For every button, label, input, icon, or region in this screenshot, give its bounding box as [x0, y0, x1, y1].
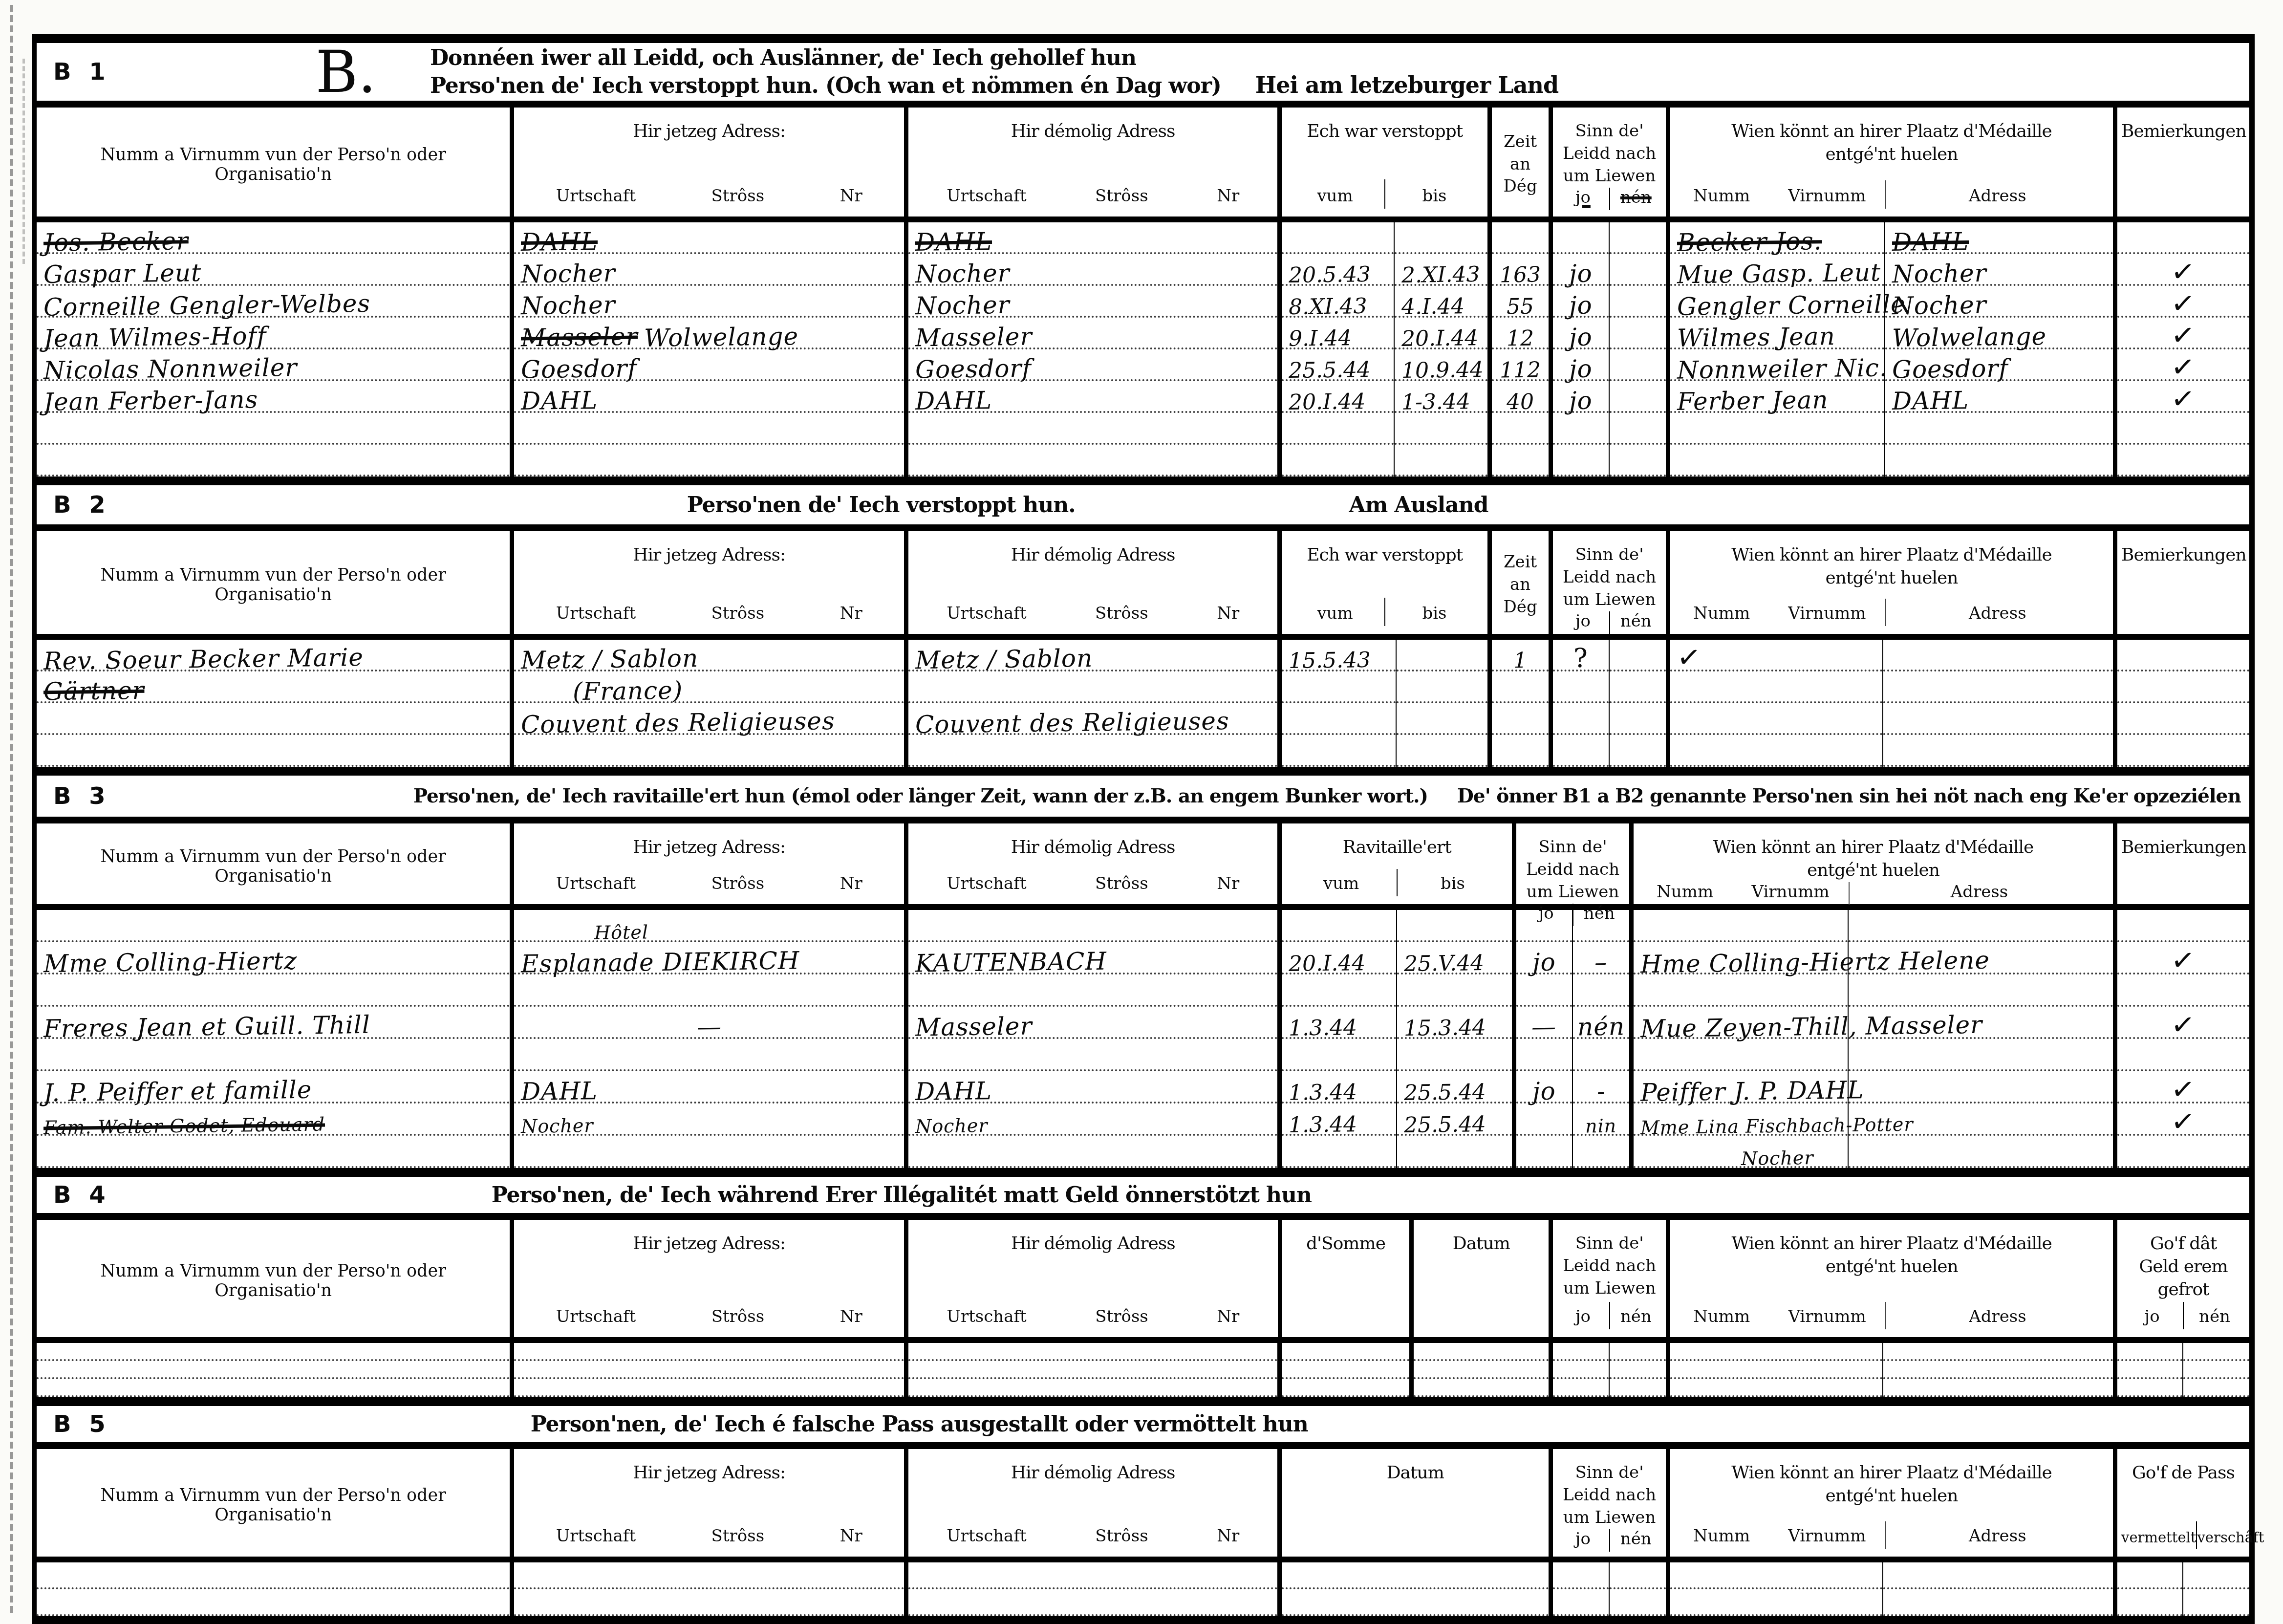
entry-demolig: Couvent des Religieuses	[915, 711, 1229, 735]
b1-title-note: Hei am letzeburger Land	[1255, 72, 1558, 98]
entry-jo: jo	[1532, 952, 1556, 973]
entry-zeit: 40	[1507, 392, 1534, 411]
scan-edge-artifact	[22, 59, 25, 264]
entry-jetzeg: Nocher	[521, 1118, 594, 1134]
entry-nen: -	[1596, 1081, 1605, 1102]
entry-jetzeg: Hôtel	[594, 924, 648, 941]
bis-label: bis	[1385, 598, 1484, 626]
name-column-label: Numm a Virnumm vun der Perso'n oder Orga…	[41, 1462, 506, 1549]
sinn-label: Sinn de'Leidd nachum Liewen	[1520, 836, 1625, 904]
entry-vum: 25.5.44	[1289, 361, 1371, 380]
b2-header-bem: Bemierkungen	[2117, 531, 2249, 634]
vum-label: vum	[1286, 598, 1385, 626]
b1-data: Jos. Becker Gaspar Leut Corneille Gengle…	[37, 222, 2249, 476]
b1-col-jetzeg: DAHL Nocher Nocher MasselerWolwelange Go…	[514, 222, 908, 476]
urtschaft-label: Urtschaft	[947, 604, 1026, 623]
entry-sinn-questionmark: ?	[1573, 647, 1589, 670]
b3-header-name: Numm a Virnumm vun der Perso'n oder Orga…	[37, 823, 514, 904]
verschaft-label: verschâft	[2197, 1521, 2264, 1549]
sinn-label: Sinn de'Leidd nachum Liewen	[1557, 120, 1662, 188]
entry-nen: nén	[1577, 1016, 1625, 1038]
entry-name: Nicolas Nonnweiler	[43, 357, 298, 381]
checkmark: ✓	[2170, 322, 2197, 348]
entry-bis: 25.5.44	[1403, 1115, 1486, 1134]
virnumm-label: Virnumm	[1751, 882, 1829, 902]
nr-label: Nr	[1217, 1526, 1239, 1546]
section-b3: B 3 Perso'nen, de' Iech ravitaille'ert h…	[37, 767, 2249, 1168]
checkmark: ✓	[2170, 386, 2197, 412]
entry-bis: 10.9.44	[1401, 361, 1484, 380]
section-b2: B 2 Perso'nen de' Iech verstoppt hun. Am…	[37, 476, 2249, 767]
nr-label: Nr	[840, 1526, 862, 1546]
questionnaire-form: B 1 B. Donnéen iwer all Leidd, och Auslä…	[32, 34, 2255, 1624]
urtschaft-label: Urtschaft	[947, 1526, 1026, 1546]
b1-col-demolig: DAHL Nocher Nocher Masseler Goesdorf DAH…	[908, 222, 1282, 476]
entry-jetzeg: DAHL	[521, 1081, 598, 1102]
b2-subtitle: Am Ausland	[1349, 493, 1488, 518]
stross-label: Strôss	[1095, 604, 1148, 623]
entry-demolig: KAUTENBACH	[915, 951, 1106, 974]
entry-vum: 9.I.44	[1289, 329, 1352, 348]
vum-label: vum	[1286, 869, 1397, 896]
b3-title-band: B 3 Perso'nen, de' Iech ravitaille'ert h…	[37, 767, 2249, 823]
b5-header-name: Numm a Virnumm vun der Perso'n oder Orga…	[37, 1449, 514, 1557]
b2-title: Perso'nen de' Iech verstoppt hun.	[687, 493, 1076, 518]
b4-header-sinn: Sinn de'Leidd nachum Liewen jo nén	[1553, 1220, 1670, 1337]
virnumm-label: Virnumm	[1788, 604, 1866, 623]
entry-vum: 20.5.43	[1289, 265, 1371, 284]
nen-label: nén	[1610, 188, 1662, 210]
b1-title-band: B 1 B. Donnéen iwer all Leidd, och Auslä…	[37, 34, 2249, 108]
b2-header-name: Numm a Virnumm vun der Perso'n oder Orga…	[37, 531, 514, 634]
bis-label: bis	[1398, 869, 1508, 896]
entry-bis: 15.3.44	[1403, 1018, 1486, 1038]
bemierkungen-label: Bemierkungen	[2121, 120, 2245, 143]
b1-column-headers: Numm a Virnumm vun der Perso'n oder Orga…	[37, 108, 2249, 222]
entry-demolig: Nocher	[915, 294, 1010, 316]
demolig-label: Hir démolig Adress	[912, 544, 1274, 567]
nen-label: nén	[1610, 1529, 1662, 1552]
stross-label: Strôss	[711, 1526, 765, 1546]
entry-medaille-adress: DAHL	[1892, 390, 1969, 411]
section-b1: B 1 B. Donnéen iwer all Leidd, och Auslä…	[37, 34, 2249, 476]
b2-header-verstoppt: Ech war verstoppt vum bis	[1282, 531, 1492, 634]
entry-jo: jo	[1569, 263, 1593, 284]
b3-header-sinn: Sinn de'Leidd nachum Liewen jo nén	[1516, 823, 1634, 904]
wien-label: Wien könnt an hirer Plaatz d'Médailleent…	[1674, 120, 2109, 166]
zeit-label: ZeitanDég	[1504, 131, 1537, 198]
b4-section-label: B 4	[53, 1181, 110, 1209]
b4-title: Perso'nen, de' Iech während Erer Illégal…	[492, 1183, 1312, 1208]
stross-label: Strôss	[711, 186, 765, 206]
b5-header-jetzeg: Hir jetzeg Adress: UrtschaftStrôssNr	[514, 1449, 908, 1557]
entry-name: Freres Jean et Guill. Thill	[43, 1014, 370, 1039]
entry-jetzeg-struck: Masseler	[521, 326, 638, 348]
urtschaft-label: Urtschaft	[556, 1307, 636, 1326]
entry-jetzeg: —	[696, 1016, 722, 1037]
entry-zeit: 112	[1500, 361, 1541, 379]
b1-section-label: B 1	[53, 58, 110, 86]
b3-title-line1: Perso'nen, de' Iech ravitaille'ert hun (…	[413, 785, 1428, 807]
entry-name: Mme Colling-Hiertz	[43, 950, 298, 974]
virnumm-label: Virnumm	[1788, 186, 1866, 206]
b2-header-wien: Wien könnt an hirer Plaatz d'Médailleent…	[1670, 531, 2117, 634]
name-column-label: Numm a Virnumm vun der Perso'n oder Orga…	[41, 120, 506, 209]
entry-demolig: Masseler	[915, 326, 1033, 348]
checkmark: ✓	[2170, 1076, 2197, 1103]
checkmark: ✓	[2170, 1012, 2197, 1038]
b3-header-bem: Bemierkungen	[2117, 823, 2249, 904]
urtschaft-label: Urtschaft	[556, 874, 636, 893]
entry-medaille-name-struck: Becker Jos.	[1677, 231, 1822, 253]
nen-label: nén	[2184, 1302, 2245, 1329]
adress-label: Adress	[1886, 1521, 2109, 1549]
section-b5: B 5 Person'nen, de' Iech é falsche Pass …	[37, 1397, 2249, 1616]
nr-label: Nr	[1217, 1307, 1239, 1326]
gof-geld-label: Go'f dâtGeld erem gefrot	[2121, 1233, 2245, 1301]
entry-demolig: Goesdorf	[915, 358, 1032, 380]
numm-label: Numm	[1693, 1307, 1750, 1326]
b4-header-name: Numm a Virnumm vun der Perso'n oder Orga…	[37, 1220, 514, 1337]
sinn-label: Sinn de'Leidd nachum Liewen	[1557, 1233, 1662, 1300]
entry-demolig-struck: DAHL	[915, 231, 992, 253]
entry-vum: 20.I.44	[1289, 954, 1366, 973]
stross-label: Strôss	[1095, 1307, 1148, 1326]
zeit-label: ZeitanDég	[1504, 551, 1537, 619]
entry-name-struck: Jos. Becker	[43, 231, 189, 253]
b2-data: Rev. Soeur Becker Marie Gärtner Metz / S…	[37, 640, 2249, 767]
vum-label: vum	[1286, 179, 1385, 209]
checkmark: ✓	[2170, 354, 2197, 380]
b1-header-name: Numm a Virnumm vun der Perso'n oder Orga…	[37, 108, 514, 217]
b1-header-sinn: Sinn de'Leidd nachum Liewen jo nén	[1553, 108, 1670, 217]
adress-label: Adress	[1886, 180, 2109, 209]
b1-col-zeit: 163 55 12 112 40	[1492, 222, 1553, 476]
nr-label: Nr	[840, 604, 862, 623]
demolig-label: Hir démolig Adress	[912, 836, 1274, 859]
entry-medaille-adress-struck: DAHL	[1892, 231, 1969, 253]
entry-vum: 1.3.44	[1289, 1115, 1357, 1134]
b2-header-zeit: ZeitanDég	[1492, 531, 1553, 634]
entry-vum: 1.3.44	[1289, 1083, 1357, 1102]
vermettelt-label: vermettelt	[2121, 1521, 2197, 1549]
entry-medaille-adress: Goesdorf	[1892, 358, 2008, 380]
b3-column-headers: Numm a Virnumm vun der Perso'n oder Orga…	[37, 823, 2249, 910]
entry-jetzeg: DAHL	[521, 390, 598, 411]
demolig-label: Hir démolig Adress	[912, 1233, 1274, 1256]
virnumm-label: Virnumm	[1788, 1526, 1866, 1546]
b3-data: Mme Colling-Hiertz Freres Jean et Guill.…	[37, 910, 2249, 1168]
b5-title-band: B 5 Person'nen, de' Iech é falsche Pass …	[37, 1397, 2249, 1449]
entry-name-struck: Gärtner	[43, 680, 145, 702]
gof-pass-label: Go'f de Pass	[2121, 1462, 2245, 1485]
jo-label: jo	[2121, 1302, 2184, 1329]
jetzeg-label: Hir jetzeg Adress:	[518, 1462, 900, 1485]
entry-name: Corneille Gengler-Welbes	[43, 293, 371, 318]
checkmark: ✓	[1676, 644, 1702, 671]
entry-jetzeg: Nocher	[521, 262, 616, 284]
entry-medaille-name: Nonnweiler Nic.	[1677, 357, 1888, 381]
numm-label: Numm	[1693, 1526, 1750, 1546]
entry-jo: jo	[1569, 295, 1593, 316]
urtschaft-label: Urtschaft	[556, 1526, 636, 1546]
entry-jetzeg: (France)	[573, 680, 683, 702]
wien-label: Wien könnt an hirer Plaatz d'Médailleent…	[1674, 1233, 2109, 1278]
entry-zeit: 163	[1500, 265, 1541, 284]
entry-medaille-name: Wilmes Jean	[1677, 326, 1835, 348]
b2-header-demolig: Hir démolig Adress UrtschaftStrôssNr	[908, 531, 1282, 634]
entry-vum: 1.3.44	[1289, 1018, 1357, 1038]
demolig-label: Hir démolig Adress	[912, 1462, 1274, 1485]
jetzeg-label: Hir jetzeg Adress:	[518, 120, 900, 143]
entry-jo: —	[1531, 1016, 1557, 1037]
entry-jetzeg: Goesdorf	[521, 358, 637, 380]
name-column-label: Numm a Virnumm vun der Perso'n oder Orga…	[41, 1233, 506, 1329]
checkmark: ✓	[2170, 947, 2197, 974]
stross-label: Strôss	[1095, 874, 1148, 893]
entry-demolig: Masseler	[915, 1016, 1032, 1038]
datum-label: Datum	[1286, 1462, 1545, 1485]
entry-zeit: 12	[1507, 329, 1534, 347]
b5-title: Person'nen, de' Iech é falsche Pass ausg…	[531, 1412, 1308, 1437]
entry-jetzeg: Esplanade DIEKIRCH	[521, 950, 800, 974]
nr-label: Nr	[840, 186, 862, 206]
entry-name: Jean Ferber-Jans	[43, 389, 258, 412]
urtschaft-label: Urtschaft	[556, 186, 636, 206]
b1-header-zeit: ZeitanDég	[1492, 108, 1553, 217]
entry-vum: 8.XI.43	[1289, 297, 1367, 316]
b4-header-gof: Go'f dâtGeld erem gefrot jo nén	[2117, 1220, 2249, 1337]
stross-label: Strôss	[1095, 1526, 1148, 1546]
jo-label: jo	[1557, 1302, 1610, 1329]
jetzeg-label: Hir jetzeg Adress:	[518, 1233, 900, 1256]
checkmark: ✓	[2170, 290, 2197, 317]
numm-label: Numm	[1657, 882, 1713, 902]
b4-column-headers: Numm a Virnumm vun der Perso'n oder Orga…	[37, 1220, 2249, 1343]
b3-header-wien: Wien könnt an hirer Plaatz d'Médailleent…	[1634, 823, 2117, 904]
entry-jo: jo	[1569, 358, 1593, 379]
entry-name: Gaspar Leut	[43, 262, 202, 285]
urtschaft-label: Urtschaft	[947, 186, 1026, 206]
entry-nen: nin	[1585, 1118, 1616, 1134]
entry-jo: jo	[1569, 326, 1593, 347]
entry-jetzeg-struck: DAHL	[521, 231, 598, 253]
b2-header-sinn: Sinn de'Leidd nachum Liewen jo nén	[1553, 531, 1670, 634]
bemierkungen-label: Bemierkungen	[2121, 836, 2245, 859]
b5-header-sinn: Sinn de'Leidd nachum Liewen jo nén	[1553, 1449, 1670, 1557]
entry-medaille-name: Mue Gasp. Leut	[1677, 262, 1881, 285]
nr-label: Nr	[840, 874, 862, 893]
verstoppt-label: Ech war verstoppt	[1286, 544, 1484, 567]
b4-data	[37, 1343, 2249, 1397]
b4-header-wien: Wien könnt an hirer Plaatz d'Médailleent…	[1670, 1220, 2117, 1337]
b1-header-bem: Bemierkungen	[2117, 108, 2249, 217]
b5-section-label: B 5	[53, 1410, 110, 1438]
b1-header-verstoppt: Ech war verstoppt vum bis	[1282, 108, 1492, 217]
b5-header-wien: Wien könnt an hirer Plaatz d'Médailleent…	[1670, 1449, 2117, 1557]
name-column-label: Numm a Virnumm vun der Perso'n oder Orga…	[41, 544, 506, 626]
wien-label: Wien könnt an hirer Plaatz d'Médailleent…	[1674, 1462, 2109, 1508]
b1-title-line1: Donnéen iwer all Leidd, och Auslänner, d…	[430, 45, 1558, 71]
b5-header-gof-pass: Go'f de Pass vermettelt verschâft	[2117, 1449, 2249, 1557]
urtschaft-label: Urtschaft	[947, 874, 1026, 893]
b4-header-somme: d'Somme	[1282, 1220, 1414, 1337]
b2-section-label: B 2	[53, 491, 110, 519]
sinn-label: Sinn de'Leidd nachum Liewen	[1557, 1462, 1662, 1529]
jo-label: jo	[1557, 611, 1610, 634]
entry-medaille-name: Ferber Jean	[1677, 390, 1829, 412]
entry-jetzeg: Nocher	[521, 294, 616, 316]
entry-vum: 20.I.44	[1289, 392, 1366, 411]
entry-zeit: 1	[1513, 651, 1527, 670]
entry-demolig: Nocher	[915, 262, 1010, 284]
b2-column-headers: Numm a Virnumm vun der Perso'n oder Orga…	[37, 531, 2249, 640]
jo-label: jo	[1557, 1529, 1610, 1552]
stross-label: Strôss	[711, 1307, 765, 1326]
jo-label: jo	[1557, 188, 1610, 210]
section-b4: B 4 Perso'nen, de' Iech während Erer Ill…	[37, 1168, 2249, 1397]
b1-titles: Donnéen iwer all Leidd, och Auslänner, d…	[430, 45, 1558, 99]
nr-label: Nr	[1217, 874, 1239, 893]
b4-header-jetzeg: Hir jetzeg Adress: UrtschaftStrôssNr	[514, 1220, 908, 1337]
b3-header-jetzeg: Hir jetzeg Adress: UrtschaftStrôssNr	[514, 823, 908, 904]
numm-label: Numm	[1693, 604, 1750, 623]
entry-vum: 15.5.43	[1289, 651, 1371, 670]
entry-medaille-adress: Nocher	[1892, 262, 1987, 284]
entry-medaille-name: Peiffer J. P. DAHL	[1640, 1080, 1864, 1103]
b3-title-line2: De' önner B1 a B2 genannte Perso'nen sin…	[1457, 785, 2241, 807]
demolig-label: Hir démolig Adress	[912, 120, 1274, 143]
jetzeg-label: Hir jetzeg Adress:	[518, 836, 900, 859]
nen-label: nén	[1610, 1302, 1662, 1329]
entry-name: J. P. Peiffer et famille	[43, 1079, 312, 1103]
b2-header-jetzeg: Hir jetzeg Adress: UrtschaftStrôssNr	[514, 531, 908, 634]
b5-column-headers: Numm a Virnumm vun der Perso'n oder Orga…	[37, 1449, 2249, 1562]
b1-col-wien: Becker Jos. Mue Gasp. Leut Gengler Corne…	[1670, 222, 2117, 476]
b1-title-line2: Perso'nen de' Iech verstoppt hun. (Och w…	[430, 71, 1558, 99]
name-column-label: Numm a Virnumm vun der Perso'n oder Orga…	[41, 836, 506, 896]
virnumm-label: Virnumm	[1788, 1307, 1866, 1326]
b1-col-name: Jos. Becker Gaspar Leut Corneille Gengle…	[37, 222, 514, 476]
entry-jo: jo	[1569, 390, 1593, 411]
entry-bis: 1-3.44	[1401, 392, 1470, 411]
b5-header-demolig: Hir démolig Adress UrtschaftStrôssNr	[908, 1449, 1282, 1557]
b3-header-demolig: Hir démolig Adress UrtschaftStrôssNr	[908, 823, 1282, 904]
entry-jetzeg: Couvent des Religieuses	[521, 711, 835, 735]
b1-col-sinn: jo jo jo jo jo	[1553, 222, 1670, 476]
b4-header-datum: Datum	[1414, 1220, 1553, 1337]
entry-demolig: Metz / Sablon	[915, 648, 1093, 671]
b1-big-letter: B.	[316, 49, 376, 95]
entry-demolig: Nocher	[915, 1118, 988, 1134]
entry-medaille-name: Gengler Corneille	[1677, 294, 1906, 317]
stross-label: Strôss	[1095, 186, 1148, 206]
sinn-label: Sinn de'Leidd nachum Liewen	[1557, 544, 1662, 611]
entry-bis: 25.5.44	[1403, 1083, 1486, 1102]
checkmark: ✓	[2170, 259, 2197, 285]
urtschaft-label: Urtschaft	[556, 604, 636, 623]
b1-header-wien: Wien könnt an hirer Plaatz d'Médailleent…	[1670, 108, 2117, 217]
b5-header-datum: Datum	[1282, 1449, 1553, 1557]
adress-label: Adress	[1850, 882, 2109, 905]
b1-col-verstoppt: 20.5.43 8.XI.43 9.I.44 25.5.44 20.I.44 2…	[1282, 222, 1492, 476]
scanned-form-page: { "hdr": { "name_col": "Numm a Virnumm v…	[0, 0, 2283, 1624]
entry-demolig: DAHL	[915, 1081, 992, 1102]
wien-label: Wien könnt an hirer Plaatz d'Médailleent…	[1674, 544, 2109, 590]
entry-zeit: 55	[1507, 297, 1534, 316]
nr-label: Nr	[840, 1307, 862, 1326]
adress-label: Adress	[1886, 1302, 2109, 1329]
jetzeg-label: Hir jetzeg Adress:	[518, 544, 900, 567]
entry-jetzeg: Metz / Sablon	[521, 648, 699, 671]
stross-label: Strôss	[711, 874, 765, 893]
b1-header-demolig: Hir démolig Adress Urtschaft Strôss Nr	[908, 108, 1282, 217]
entry-demolig: DAHL	[915, 390, 992, 411]
entry-name: Jean Wilmes-Hoff	[43, 325, 267, 349]
b1-col-bem: ✓ ✓ ✓ ✓ ✓	[2117, 222, 2249, 476]
entry-bis: 4.I.44	[1401, 297, 1465, 316]
entry-bis: 2.XI.43	[1401, 265, 1480, 284]
entry-medaille-adress: Wolwelange	[1892, 326, 2047, 348]
entry-medaille-adress: Nocher	[1741, 1150, 1814, 1167]
urtschaft-label: Urtschaft	[947, 1307, 1026, 1326]
nen-label: nén	[1610, 611, 1662, 634]
entry-jetzeg: Wolwelange	[644, 326, 798, 348]
b4-header-demolig: Hir démolig Adress UrtschaftStrôssNr	[908, 1220, 1282, 1337]
nr-label: Nr	[1217, 604, 1239, 623]
b4-title-band: B 4 Perso'nen, de' Iech während Erer Ill…	[37, 1168, 2249, 1220]
datum-label: Datum	[1418, 1233, 1545, 1256]
wien-label: Wien könnt an hirer Plaatz d'Médailleent…	[1637, 836, 2109, 882]
ravitailleert-label: Ravitaille'ert	[1286, 836, 1508, 859]
b2-title-band: B 2 Perso'nen de' Iech verstoppt hun. Am…	[37, 476, 2249, 531]
somme-label: d'Somme	[1286, 1233, 1406, 1256]
bemierkungen-label: Bemierkungen	[2121, 544, 2245, 567]
b3-header-ravitailleert: Ravitaille'ert vum bis	[1282, 823, 1516, 904]
verstoppt-label: Ech war verstoppt	[1286, 120, 1484, 143]
entry-name: Rev. Soeur Becker Marie	[43, 647, 364, 671]
b3-section-label: B 3	[53, 782, 110, 810]
b1-header-jetzeg: Hir jetzeg Adress: Urtschaft Strôss Nr	[514, 108, 908, 217]
checkmark: ✓	[2170, 1108, 2197, 1135]
entry-medaille-adress: Nocher	[1892, 294, 1987, 316]
nr-label: Nr	[1217, 186, 1239, 206]
entry-name-struck: Fam. Welter-Godet, Edouard	[43, 1116, 325, 1135]
entry-jo: jo	[1532, 1081, 1556, 1102]
numm-label: Numm	[1693, 186, 1750, 206]
scan-edge-artifact	[10, 5, 13, 1613]
stross-label: Strôss	[711, 604, 765, 623]
entry-bis: 25.V.44	[1403, 954, 1484, 973]
entry-nen: –	[1594, 952, 1608, 973]
bis-label: bis	[1385, 179, 1484, 209]
adress-label: Adress	[1886, 599, 2109, 626]
entry-bis: 20.I.44	[1401, 329, 1479, 348]
b5-data	[37, 1562, 2249, 1616]
